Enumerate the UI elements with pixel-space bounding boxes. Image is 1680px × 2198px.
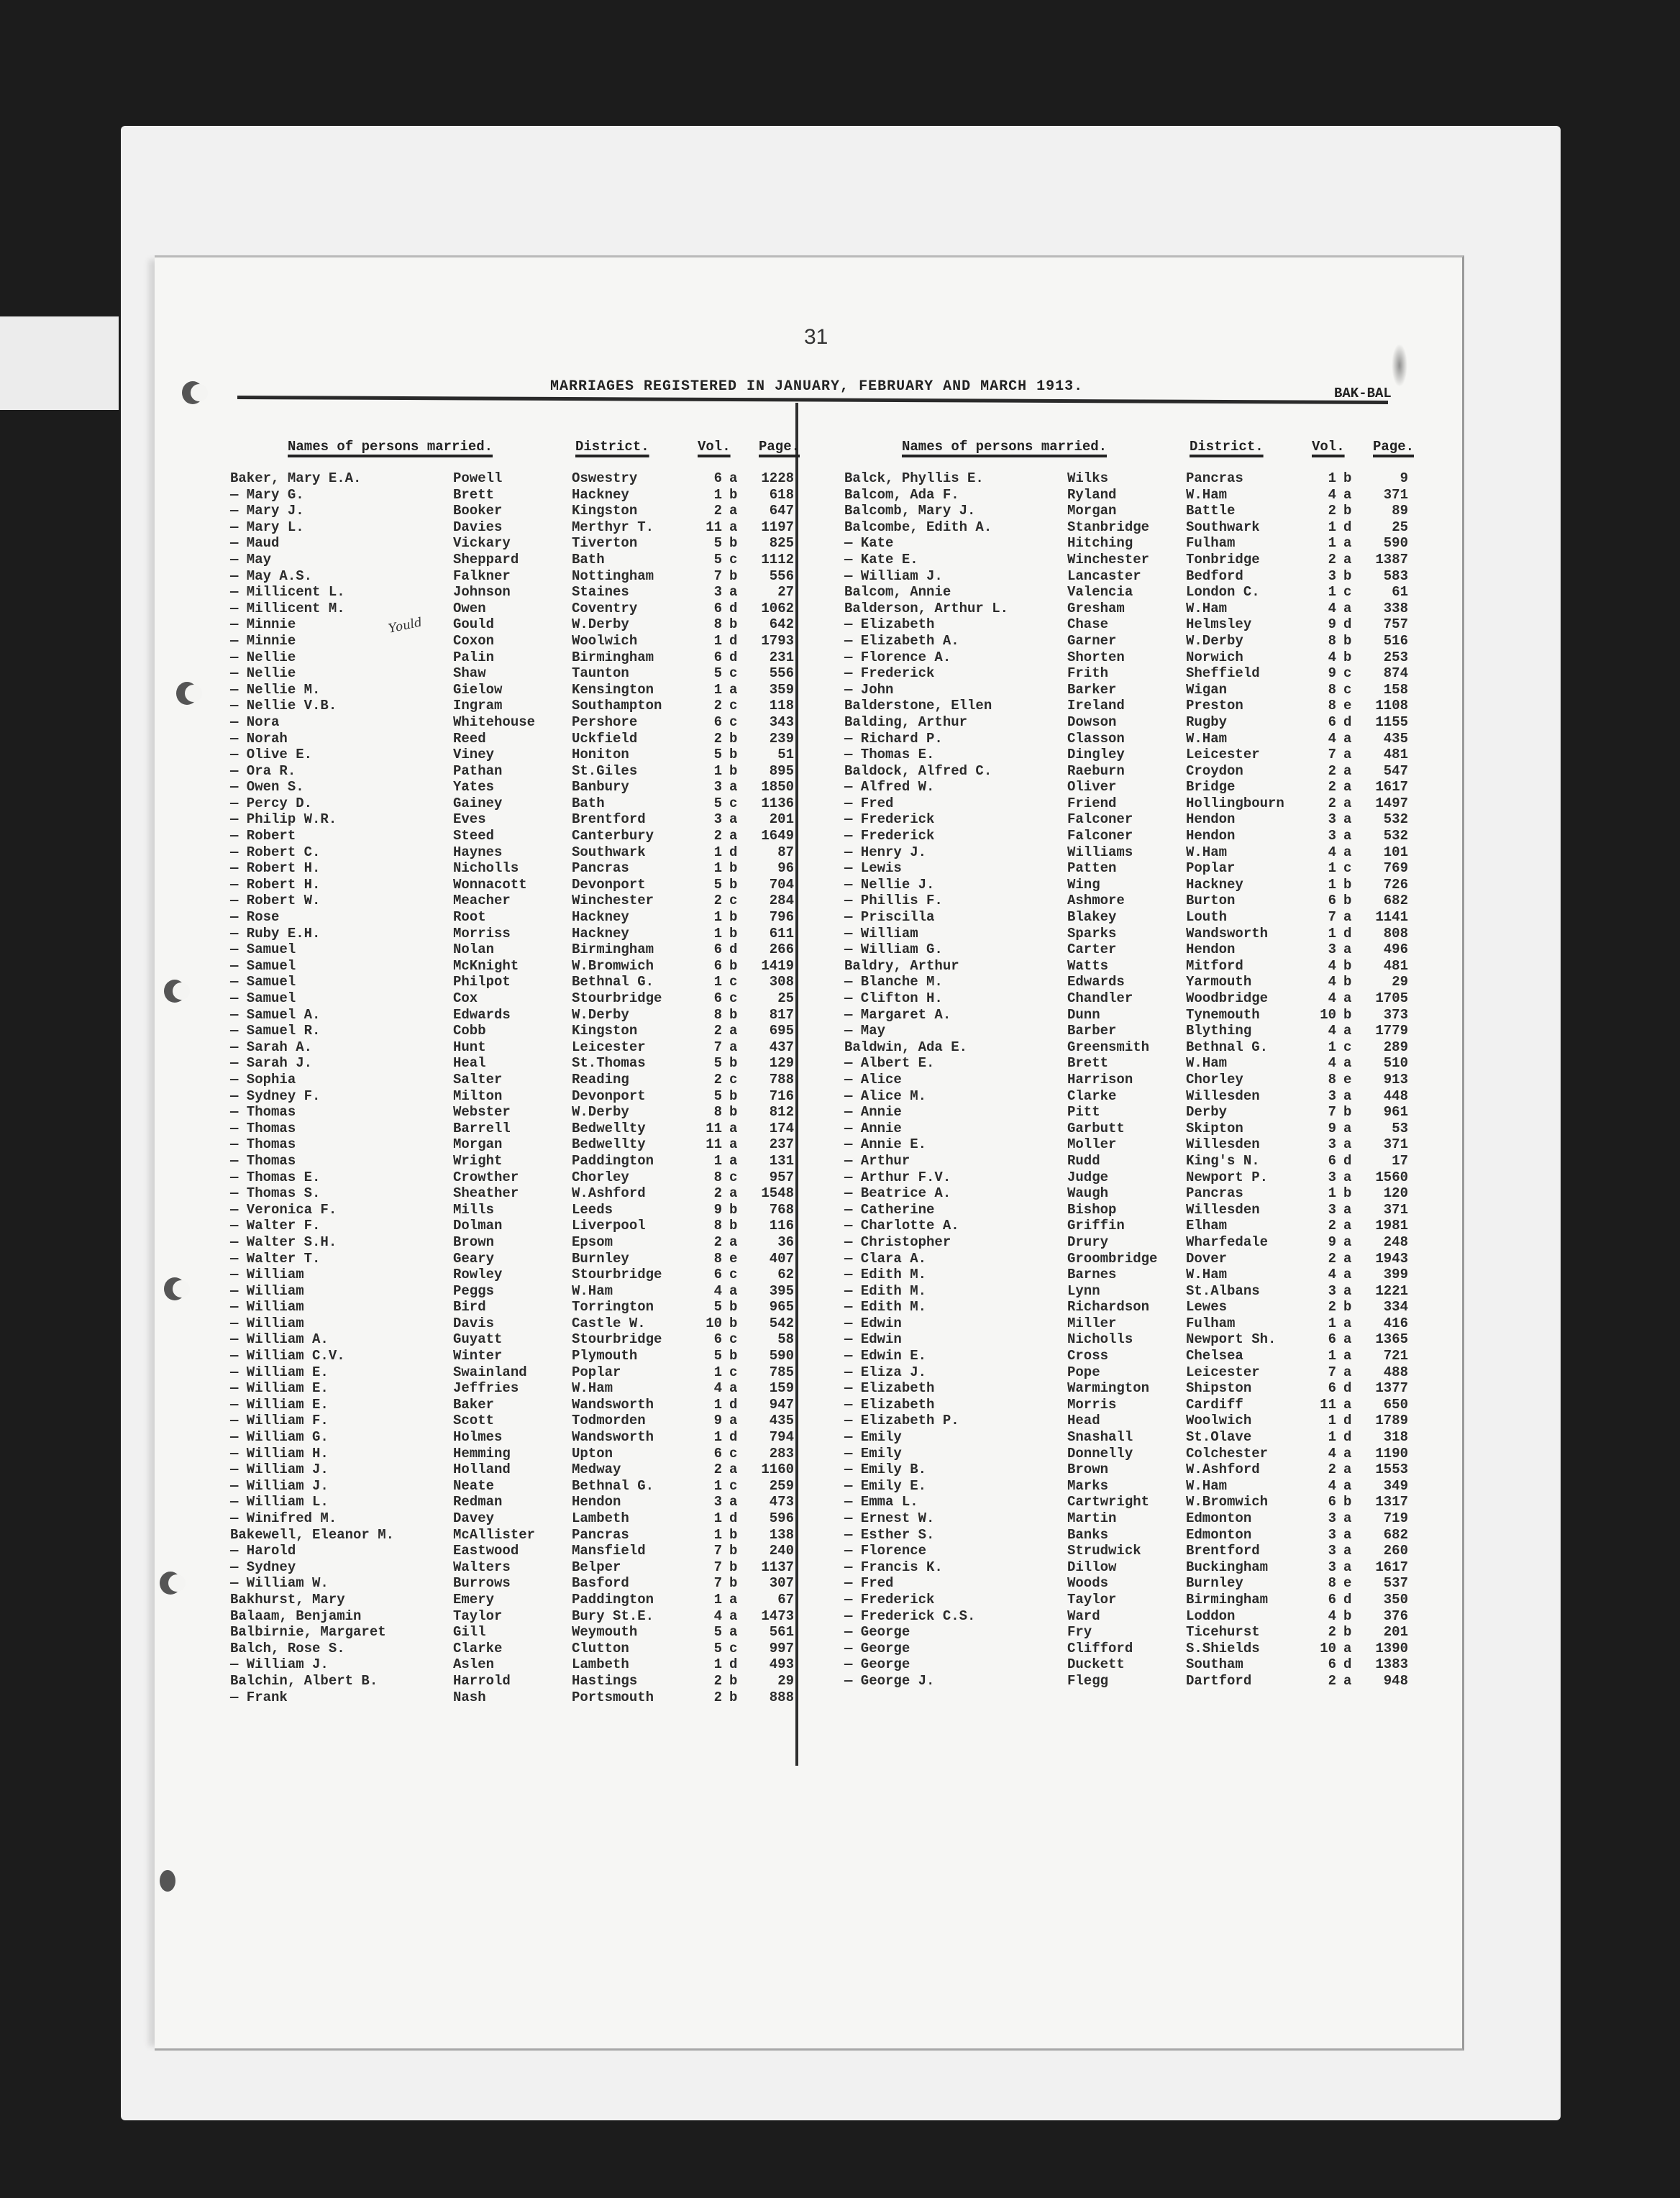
volume: 3 [1312, 568, 1336, 584]
person-name: — Edwin [844, 1315, 902, 1331]
volume: 5 [698, 552, 722, 567]
district: Bath [572, 795, 605, 811]
volume: 3 [698, 1494, 722, 1510]
person-name: — Samuel [230, 941, 296, 957]
spouse-surname: Clarke [1067, 1088, 1116, 1104]
person-name: — William W. [230, 1575, 329, 1591]
district: Tynemouth [1186, 1007, 1260, 1023]
district: W.Ham [1186, 1055, 1227, 1071]
punch-hole-icon [160, 1870, 175, 1892]
volume-part: b [729, 747, 737, 762]
person-name: — Thomas E. [844, 747, 934, 762]
spouse-surname: Dunn [1067, 1007, 1100, 1023]
volume: 5 [698, 535, 722, 551]
district: Blything [1186, 1023, 1251, 1039]
page-ref: 997 [748, 1641, 794, 1656]
person-name: — Minnie [230, 616, 296, 632]
spouse-surname: Clarke [453, 1641, 502, 1656]
volume-part: a [1343, 990, 1351, 1006]
spouse-surname: Frith [1067, 665, 1108, 681]
person-name: — Robert W. [230, 893, 320, 908]
person-name: — Owen S. [230, 779, 304, 795]
person-name: Bakewell, Eleanor M. [230, 1527, 394, 1543]
spouse-surname: Philpot [453, 974, 511, 990]
volume-part: b [1343, 1185, 1351, 1201]
volume-part: a [1343, 1446, 1351, 1461]
district: Leicester [572, 1039, 646, 1055]
spouse-surname: Cobb [453, 1023, 486, 1039]
person-name: — Esther S. [844, 1527, 934, 1543]
volume-part: b [729, 1348, 737, 1364]
page-ref: 682 [1362, 893, 1408, 908]
volume: 10 [698, 1315, 722, 1331]
person-name: — Mary G. [230, 487, 304, 503]
volume: 2 [1312, 795, 1336, 811]
volume-part: d [729, 649, 737, 665]
spouse-surname: Falkner [453, 568, 511, 584]
person-name: — Nellie V.B. [230, 698, 337, 713]
spouse-surname: Griffin [1067, 1218, 1125, 1233]
volume: 6 [1312, 714, 1336, 730]
person-name: Balaam, Benjamin [230, 1608, 361, 1624]
person-name: — Beatrice A. [844, 1185, 951, 1201]
volume-part: a [1343, 747, 1351, 762]
person-name: — Nellie J. [844, 877, 934, 893]
volume: 2 [1312, 1251, 1336, 1267]
page-ref: 537 [1362, 1575, 1408, 1591]
volume: 2 [698, 698, 722, 713]
district: Southampton [572, 698, 662, 713]
volume: 4 [1312, 1478, 1336, 1494]
person-name: — Robert H. [230, 877, 320, 893]
district: Pancras [572, 1527, 629, 1543]
ink-smudge [1392, 344, 1407, 387]
page-ref: 237 [748, 1136, 794, 1152]
volume: 3 [698, 779, 722, 795]
volume: 4 [1312, 1446, 1336, 1461]
person-name: — Nellie M. [230, 682, 320, 698]
page-ref: 590 [1362, 535, 1408, 551]
volume-part: a [729, 1283, 737, 1299]
volume-part: a [1343, 601, 1351, 616]
district: W.Derby [572, 616, 629, 632]
volume: 3 [1312, 1559, 1336, 1575]
district: Croydon [1186, 763, 1243, 779]
spouse-surname: Blakey [1067, 909, 1116, 925]
volume-part: b [729, 1088, 737, 1104]
page-ref: 407 [748, 1251, 794, 1267]
volume: 2 [1312, 1624, 1336, 1640]
page-ref: 895 [748, 763, 794, 779]
volume: 2 [698, 893, 722, 908]
person-name: — May [844, 1023, 885, 1039]
scanner-tab-strip [0, 316, 119, 410]
volume: 4 [1312, 649, 1336, 665]
volume: 1 [1312, 877, 1336, 893]
spouse-surname: Viney [453, 747, 494, 762]
volume-part: e [729, 1251, 737, 1267]
volume-part: b [729, 616, 737, 632]
page-ref: 9 [1362, 470, 1408, 486]
spouse-surname: Ingram [453, 698, 502, 713]
volume: 5 [698, 1348, 722, 1364]
spouse-surname: Ward [1067, 1608, 1100, 1624]
spouse-surname: Webster [453, 1104, 511, 1120]
volume: 8 [1312, 698, 1336, 713]
volume: 6 [698, 1446, 722, 1461]
spouse-surname: Clifford [1067, 1641, 1133, 1656]
volume: 5 [698, 795, 722, 811]
page-ref: 448 [1362, 1088, 1408, 1104]
spouse-surname: Johnson [453, 584, 511, 600]
page-ref: 1850 [748, 779, 794, 795]
volume: 2 [698, 1689, 722, 1705]
person-name: — William J. [230, 1461, 329, 1477]
volume-part: b [729, 1315, 737, 1331]
spouse-surname: Patten [1067, 860, 1116, 876]
district: Winchester [572, 893, 654, 908]
volume-part: d [1343, 1413, 1351, 1428]
volume-part: d [729, 941, 737, 957]
person-name: — Veronica F. [230, 1202, 337, 1218]
district: Medway [572, 1461, 621, 1477]
page-ref: 318 [1362, 1429, 1408, 1445]
page-ref: 36 [748, 1234, 794, 1250]
spouse-surname: Woods [1067, 1575, 1108, 1591]
volume-part: b [1343, 1299, 1351, 1315]
district: Burton [1186, 893, 1235, 908]
person-name: — Christopher [844, 1234, 951, 1250]
volume: 1 [1312, 1413, 1336, 1428]
page-ref: 25 [1362, 519, 1408, 535]
district: Pancras [1186, 470, 1243, 486]
district: Bedwellty [572, 1121, 646, 1136]
volume-part: a [1343, 763, 1351, 779]
page-ref: 1497 [1362, 795, 1408, 811]
volume: 3 [1312, 1527, 1336, 1543]
person-name: — Olive E. [230, 747, 312, 762]
person-name: — Frederick [844, 1592, 934, 1608]
volume-part: b [729, 487, 737, 503]
volume-part: a [729, 1413, 737, 1428]
volume: 3 [698, 811, 722, 827]
page-ref: 51 [748, 747, 794, 762]
punch-hole-icon [160, 1572, 181, 1595]
spouse-surname: Redman [453, 1494, 502, 1510]
district: Leicester [1186, 747, 1260, 762]
district: Clutton [572, 1641, 629, 1656]
spouse-surname: Sparks [1067, 926, 1116, 941]
page-ref: 240 [748, 1543, 794, 1559]
spouse-surname: Mills [453, 1202, 494, 1218]
district: Kingston [572, 503, 637, 519]
volume: 6 [698, 1267, 722, 1282]
volume-part: b [1343, 974, 1351, 990]
spouse-surname: Guyatt [453, 1331, 502, 1347]
page-ref: 757 [1362, 616, 1408, 632]
page-ref: 89 [1362, 503, 1408, 519]
spouse-surname: Nicholls [1067, 1331, 1133, 1347]
spouse-surname: Scott [453, 1413, 494, 1428]
volume-part: a [1343, 1673, 1351, 1689]
volume: 9 [698, 1202, 722, 1218]
person-name: Balderson, Arthur L. [844, 601, 1008, 616]
district: Wandsworth [1186, 926, 1268, 941]
volume-part: c [729, 552, 737, 567]
person-name: Balcombe, Edith A. [844, 519, 992, 535]
volume: 3 [1312, 1510, 1336, 1526]
volume-part: c [729, 990, 737, 1006]
person-name: — Elizabeth [844, 616, 934, 632]
person-name: — Kate [844, 535, 893, 551]
page-ref: 1560 [1362, 1169, 1408, 1185]
district: Hendon [1186, 941, 1235, 957]
spouse-surname: Ashmore [1067, 893, 1125, 908]
spouse-surname: Barnes [1067, 1267, 1116, 1282]
volume: 4 [1312, 731, 1336, 747]
page-ref: 642 [748, 616, 794, 632]
index-range: BAK-BAL [1334, 386, 1392, 401]
spouse-surname: Pope [1067, 1364, 1100, 1380]
volume-part: a [1343, 1331, 1351, 1347]
volume: 7 [1312, 909, 1336, 925]
volume-part: d [1343, 1380, 1351, 1396]
spouse-surname: Waugh [1067, 1185, 1108, 1201]
district: Elham [1186, 1218, 1227, 1233]
spouse-surname: Emery [453, 1592, 494, 1608]
district: Tiverton [572, 535, 637, 551]
district: Todmorden [572, 1413, 646, 1428]
page-ref: 343 [748, 714, 794, 730]
district: Derby [1186, 1104, 1227, 1120]
page-ref: 334 [1362, 1299, 1408, 1315]
district: St.Olave [1186, 1429, 1251, 1445]
volume: 7 [698, 1543, 722, 1559]
volume-part: a [1343, 1136, 1351, 1152]
page-ref: 532 [1362, 811, 1408, 827]
person-name: — John [844, 682, 893, 698]
page-ref: 1387 [1362, 552, 1408, 567]
volume-part: a [1343, 1478, 1351, 1494]
volume-part: a [1343, 1202, 1351, 1218]
page-ref: 965 [748, 1299, 794, 1315]
volume-part: a [1343, 828, 1351, 844]
person-name: — Samuel [230, 974, 296, 990]
volume-part: b [729, 1007, 737, 1023]
spouse-surname: Whitehouse [453, 714, 535, 730]
person-name: — Millicent L. [230, 584, 345, 600]
spouse-surname: Peggs [453, 1283, 494, 1299]
district: Belper [572, 1559, 621, 1575]
spouse-surname: Walters [453, 1559, 511, 1575]
page-ref: 481 [1362, 958, 1408, 974]
page-ref: 116 [748, 1218, 794, 1233]
person-name: — Maud [230, 535, 279, 551]
person-name: — Sarah A. [230, 1039, 312, 1055]
person-name: — Thomas E. [230, 1169, 320, 1185]
volume-part: e [1343, 698, 1351, 713]
volume: 2 [698, 731, 722, 747]
volume: 4 [698, 1380, 722, 1396]
volume-part: b [729, 1202, 737, 1218]
district: W.Ham [1186, 1478, 1227, 1494]
spouse-surname: Banks [1067, 1527, 1108, 1543]
page-ref: 596 [748, 1510, 794, 1526]
volume: 9 [698, 1413, 722, 1428]
volume-part: c [729, 1364, 737, 1380]
volume-part: a [1343, 1234, 1351, 1250]
volume-part: c [729, 1446, 737, 1461]
volume: 6 [698, 1331, 722, 1347]
district: W.Ham [1186, 844, 1227, 860]
spouse-surname: Nicholls [453, 860, 519, 876]
volume-part: d [729, 601, 737, 616]
spouse-surname: Gill [453, 1624, 486, 1640]
page-ref: 1705 [1362, 990, 1408, 1006]
person-name: — George [844, 1624, 910, 1640]
spouse-surname: Root [453, 909, 486, 925]
person-name: — Emily [844, 1446, 902, 1461]
volume: 6 [698, 601, 722, 616]
spouse-surname: Moller [1067, 1136, 1116, 1152]
volume: 11 [698, 1136, 722, 1152]
page-ref: 350 [1362, 1592, 1408, 1608]
volume-part: a [1343, 1461, 1351, 1477]
page-ref: 201 [1362, 1624, 1408, 1640]
volume: 8 [1312, 682, 1336, 698]
volume: 1 [1312, 470, 1336, 486]
punch-hole-icon [182, 381, 204, 404]
person-name: — Elizabeth [844, 1397, 934, 1413]
spouse-surname: Warmington [1067, 1380, 1149, 1396]
page-ref: 769 [1362, 860, 1408, 876]
spouse-surname: Friend [1067, 795, 1116, 811]
district: Poplar [572, 1364, 621, 1380]
spouse-surname: Aslen [453, 1656, 494, 1672]
volume: 3 [1312, 1136, 1336, 1152]
volume: 2 [1312, 1673, 1336, 1689]
volume: 8 [1312, 1072, 1336, 1087]
volume-part: a [1343, 1315, 1351, 1331]
volume-part: a [1343, 909, 1351, 925]
district: Banbury [572, 779, 629, 795]
district: Merthyr T. [572, 519, 654, 535]
page-ref: 1112 [748, 552, 794, 567]
volume-part: b [1343, 470, 1351, 486]
district: W.Derby [572, 1104, 629, 1120]
spouse-surname: Nash [453, 1689, 486, 1705]
district: Ticehurst [1186, 1624, 1260, 1640]
person-name: — Elizabeth A. [844, 633, 959, 649]
volume-part: a [729, 1380, 737, 1396]
volume-part: a [729, 1624, 737, 1640]
spouse-surname: Owen [453, 601, 486, 616]
volume-part: a [729, 1153, 737, 1169]
spouse-surname: Barker [1067, 682, 1116, 698]
person-name: Balcom, Ada F. [844, 487, 959, 503]
volume-part: a [1343, 1348, 1351, 1364]
person-name: — William C.V. [230, 1348, 345, 1364]
district: Colchester [1186, 1446, 1268, 1461]
district: Pershore [572, 714, 637, 730]
volume: 6 [698, 470, 722, 486]
person-name: — George J. [844, 1673, 934, 1689]
page-ref: 174 [748, 1121, 794, 1136]
volume: 2 [1312, 779, 1336, 795]
page-ref: 416 [1362, 1315, 1408, 1331]
volume-part: a [729, 1039, 737, 1055]
page-ref: 583 [1362, 568, 1408, 584]
spouse-surname: Shaw [453, 665, 486, 681]
district: St.Giles [572, 763, 637, 779]
page-ref: 1141 [1362, 909, 1408, 925]
district: Birmingham [572, 941, 654, 957]
volume-part: c [1343, 1039, 1351, 1055]
page-ref: 62 [748, 1267, 794, 1282]
volume-part: c [729, 1267, 737, 1282]
person-name: — Frank [230, 1689, 288, 1705]
spouse-surname: Ryland [1067, 487, 1116, 503]
person-name: — Edith M. [844, 1299, 926, 1315]
page-ref: 1473 [748, 1608, 794, 1624]
volume-part: c [729, 1169, 737, 1185]
spouse-surname: Donnelly [1067, 1446, 1133, 1461]
punch-hole-icon [164, 1277, 186, 1300]
page-ref: 1377 [1362, 1380, 1408, 1396]
spouse-surname: Groombridge [1067, 1251, 1157, 1267]
person-name: — Eliza J. [844, 1364, 926, 1380]
district: Edmonton [1186, 1510, 1251, 1526]
district: Liverpool [572, 1218, 646, 1233]
page-ref: 283 [748, 1446, 794, 1461]
person-name: Balbirnie, Margaret [230, 1624, 386, 1640]
spouse-surname: Brown [1067, 1461, 1108, 1477]
district: Birmingham [572, 649, 654, 665]
person-name: — Annie E. [844, 1136, 926, 1152]
district: Chorley [1186, 1072, 1243, 1087]
person-name: — May [230, 552, 271, 567]
volume-part: b [729, 1104, 737, 1120]
district: Fulham [1186, 535, 1235, 551]
page-ref: 788 [748, 1072, 794, 1087]
volume-part: d [1343, 616, 1351, 632]
person-name: Baldock, Alfred C. [844, 763, 992, 779]
district: Bethnal G. [572, 1478, 654, 1494]
district: Castle W. [572, 1315, 646, 1331]
volume-part: b [1343, 1104, 1351, 1120]
spouse-surname: Morgan [453, 1136, 502, 1152]
volume-part: e [1343, 1575, 1351, 1591]
volume: 8 [1312, 633, 1336, 649]
volume-part: d [1343, 926, 1351, 941]
volume-part: a [729, 1494, 737, 1510]
person-name: — Rose [230, 909, 279, 925]
district: Staines [572, 584, 629, 600]
spouse-surname: Nolan [453, 941, 494, 957]
district: Oswestry [572, 470, 637, 486]
volume-part: a [1343, 1023, 1351, 1039]
spouse-surname: Meacher [453, 893, 511, 908]
district: Uckfield [572, 731, 637, 747]
volume: 3 [1312, 941, 1336, 957]
page-title: MARRIAGES REGISTERED IN JANUARY, FEBRUAR… [550, 378, 1083, 395]
volume-part: b [1343, 633, 1351, 649]
volume: 1 [698, 682, 722, 698]
district: Devonport [572, 877, 646, 893]
district: Willesden [1186, 1202, 1260, 1218]
page-ref: 611 [748, 926, 794, 941]
volume: 7 [698, 1039, 722, 1055]
